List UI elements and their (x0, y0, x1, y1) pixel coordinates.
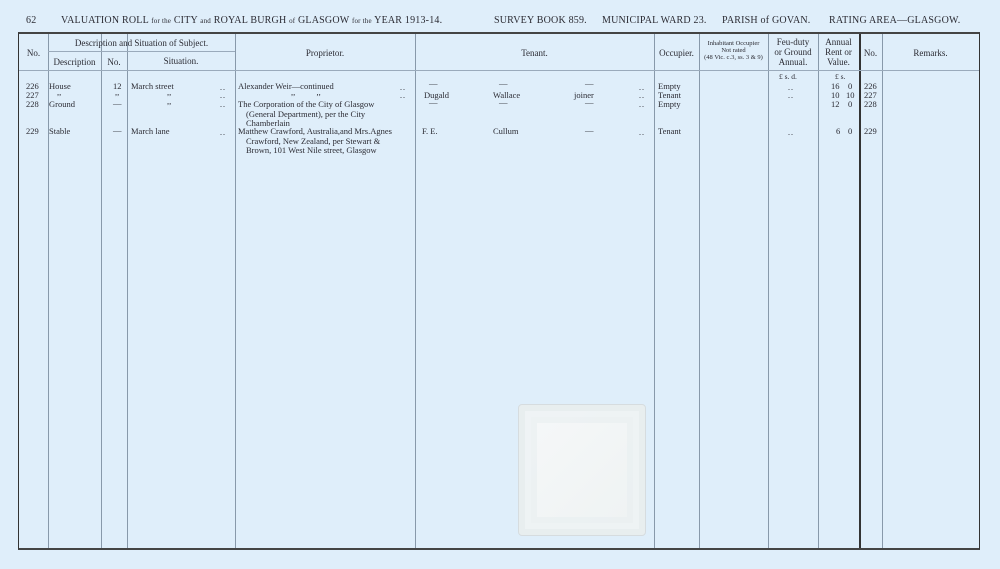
title-part: CITY (174, 15, 198, 26)
column-rule (415, 34, 416, 548)
column-rule (699, 34, 700, 548)
col-header-sub-no: No. (101, 57, 127, 67)
title-part: YEAR 1913-14. (374, 15, 442, 26)
leader-dots: .. (639, 128, 645, 137)
title-part: of (289, 17, 295, 25)
row-rent-pounds: 12 (831, 100, 840, 110)
row-tenant-trade: — (585, 126, 594, 136)
page-header: 62 VALUATION ROLL for the CITY and ROYAL… (0, 15, 1000, 31)
row-tenant-first: — (429, 79, 438, 89)
title-part: and (200, 17, 211, 25)
row-situation: March lane (131, 127, 169, 137)
row-tenant-last: Cullum (493, 127, 519, 137)
header-line: Not rated (699, 47, 768, 54)
header-line: Annual. (768, 57, 818, 67)
header-line: Feu-duty (768, 37, 818, 47)
row-description: Stable (49, 127, 70, 137)
survey-book: SURVEY BOOK 859. (494, 15, 587, 26)
col-header-proprietor: Proprietor. (235, 48, 415, 58)
page-number: 62 (26, 15, 36, 26)
row-sub-no: ,, (115, 88, 119, 98)
column-rule (818, 34, 819, 548)
title-part: for the (352, 17, 372, 25)
row-tenant-trade: — (585, 98, 594, 108)
column-rule (48, 34, 49, 548)
column-rule (859, 34, 861, 548)
row-tenant-first: — (429, 98, 438, 108)
header-line: or Ground (768, 47, 818, 57)
leader-dots: .. (220, 91, 226, 100)
title-part: GLASGOW (298, 15, 349, 26)
col-header-feu-duty: Feu-duty or Ground Annual. (768, 37, 818, 67)
row-occupier: Empty (658, 100, 681, 110)
column-rule (127, 34, 128, 548)
row-rent-shillings: 0 (848, 127, 852, 137)
row-proprietor: ,, ,, (291, 88, 321, 98)
row-no: 228 (26, 100, 39, 110)
leader-dots: .. (639, 91, 645, 100)
column-rule (654, 34, 655, 548)
row-no-right: 228 (864, 100, 877, 110)
header-line: (48 Vic. c.3, ss. 3 & 9) (699, 54, 768, 61)
col-header-description: Description (48, 57, 101, 67)
row-rent-pounds: 6 (836, 127, 840, 137)
row-proprietor: Matthew Crawford, Australia,and Mrs.Agne… (238, 127, 392, 156)
col-header-occupier: Occupier. (654, 48, 699, 58)
row-sub-no: — (113, 99, 122, 109)
col-header-no: No. (19, 48, 48, 58)
title-part: for the (151, 17, 171, 25)
row-tenant-last: — (499, 79, 508, 89)
row-tenant-last: — (499, 98, 508, 108)
row-description: Ground (49, 100, 75, 110)
row-feu-duty: .. (788, 128, 794, 137)
row-sub-no: — (113, 126, 122, 136)
row-proprietor: The Corporation of the City of Glasgow (… (238, 100, 374, 129)
security-tag-sticker (518, 404, 646, 536)
valuation-ledger-table: No. Description and Situation of Subject… (18, 32, 980, 550)
row-no-right: 229 (864, 127, 877, 137)
title-part: ROYAL BURGH (214, 15, 287, 26)
row-rent-shillings: 0 (848, 100, 852, 110)
header-rule (19, 70, 979, 71)
header-line: Rent or (818, 47, 859, 57)
rating-area: RATING AREA—GLASGOW. (829, 15, 960, 26)
row-tenant-first: F. E. (422, 127, 438, 137)
proprietor-line: Brown, 101 West Nile street, Glasgow (238, 146, 392, 156)
parish: PARISH of GOVAN. (722, 15, 811, 26)
col-header-tenant: Tenant. (415, 48, 654, 58)
row-tenant-trade: — (585, 79, 594, 89)
municipal-ward: MUNICIPAL WARD 23. (602, 15, 707, 26)
header-line: Inhabitant Occupier (699, 40, 768, 47)
col-header-inhabitant: Inhabitant Occupier Not rated (48 Vic. c… (699, 40, 768, 61)
col-header-situation: Situation. (127, 56, 235, 66)
col-header-no-right: No. (859, 48, 882, 58)
leader-dots: .. (220, 128, 226, 137)
header-line: Value. (818, 57, 859, 67)
leader-dots: .. (220, 100, 226, 109)
row-feu-duty: .. (788, 91, 794, 100)
leader-dots: .. (639, 100, 645, 109)
col-header-annual-rent: Annual Rent or Value. (818, 37, 859, 67)
leader-dots: .. (400, 91, 406, 100)
column-rule (882, 34, 883, 548)
feu-duty-units: £ s. d. (779, 72, 797, 82)
row-no: 229 (26, 127, 39, 137)
row-situation: ,, (167, 97, 171, 107)
column-rule (101, 34, 102, 548)
column-rule (235, 34, 236, 548)
header-line: Annual (818, 37, 859, 47)
col-header-remarks: Remarks. (882, 48, 979, 58)
roll-title: VALUATION ROLL for the CITY and ROYAL BU… (61, 15, 442, 26)
col-header-description-group: Description and Situation of Subject. (48, 38, 235, 48)
row-description: ,, (57, 88, 61, 98)
title-part: VALUATION ROLL (61, 15, 149, 26)
header-subrule (48, 51, 235, 52)
column-rule (768, 34, 769, 548)
row-occupier: Tenant (658, 127, 681, 137)
